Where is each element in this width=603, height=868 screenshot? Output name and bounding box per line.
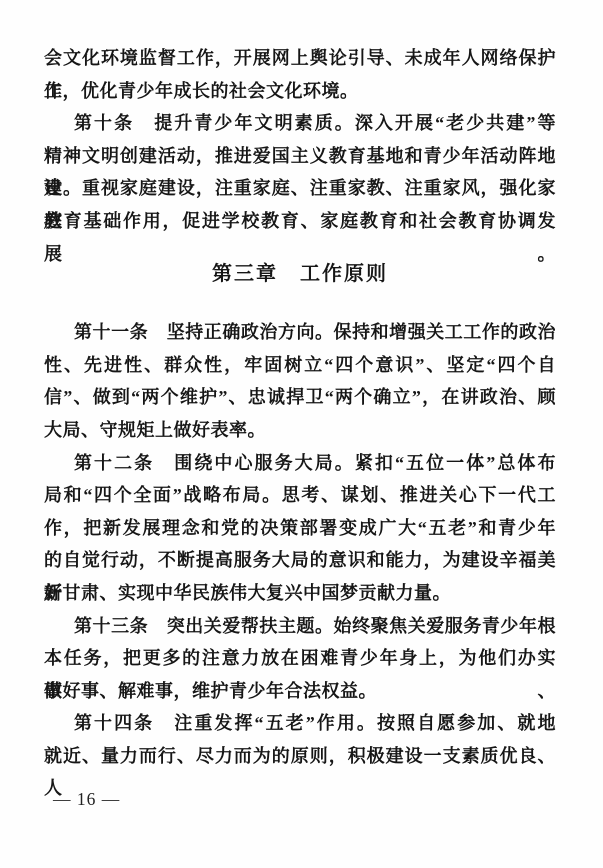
text-line: 作，优化青少年成长的社会文化环境。 bbox=[44, 75, 556, 108]
text-line: 性、先进性、群众性，牢固树立“四个意识”、坚定“四个自 bbox=[44, 349, 556, 382]
text-line: 的自觉行动，不断提高服务大局的意识和能力，为建设辛福美好 bbox=[44, 544, 556, 577]
text-line: 作，把新发展理念和党的决策部署变成广大“五老”和青少年 bbox=[44, 512, 556, 545]
text-line: 精神文明创建活动，推进爱国主义教育基地和青少年活动阵地建 bbox=[44, 140, 556, 173]
page-number: — 16 — bbox=[53, 789, 120, 810]
text-line-article-11: 第十一条 坚持正确政治方向。保持和增强关工工作的政治 bbox=[44, 316, 556, 349]
text-line: 设。重视家庭建设，注重家庭、注重家教、注重家风，强化家庭 bbox=[44, 172, 556, 205]
text-line: 会文化环境监督工作，开展网上舆论引导、未成年人网络保护工 bbox=[44, 42, 556, 75]
document-page: 会文化环境监督工作，开展网上舆论引导、未成年人网络保护工 作，优化青少年成长的社… bbox=[0, 0, 603, 868]
text-line-article-12: 第十二条 围绕中心服务大局。紧扣“五位一体”总体布 bbox=[44, 447, 556, 480]
text-line: 教育基础作用，促进学校教育、家庭教育和社会教育协调发展。 bbox=[44, 205, 556, 238]
document-body: 会文化环境监督工作，开展网上舆论引导、未成年人网络保护工 作，优化青少年成长的社… bbox=[44, 42, 556, 772]
text-line: 局和“四个全面”战略布局。思考、谋划、推进关心下一代工 bbox=[44, 479, 556, 512]
text-line: 就近、量力而行、尽力而为的原则，积极建设一支素质优良、人 bbox=[44, 740, 556, 773]
text-line-article-13: 第十三条 突出关爱帮扶主题。始终聚焦关爱服务青少年根 bbox=[44, 610, 556, 643]
text-line: 新甘肃、实现中华民族伟大复兴中国梦贡献力量。 bbox=[44, 577, 556, 610]
text-line-article-14: 第十四条 注重发挥“五老”作用。按照自愿参加、就地 bbox=[44, 707, 556, 740]
text-line: 大局、守规矩上做好表率。 bbox=[44, 414, 556, 447]
text-line: 信”、做到“两个维护”、忠诚捍卫“两个确立”，在讲政治、顾 bbox=[44, 381, 556, 414]
text-line-article-10: 第十条 提升青少年文明素质。深入开展“老少共建”等 bbox=[44, 107, 556, 140]
text-line: 本任务，把更多的注意力放在困难青少年身上，为他们办实事、 bbox=[44, 642, 556, 675]
